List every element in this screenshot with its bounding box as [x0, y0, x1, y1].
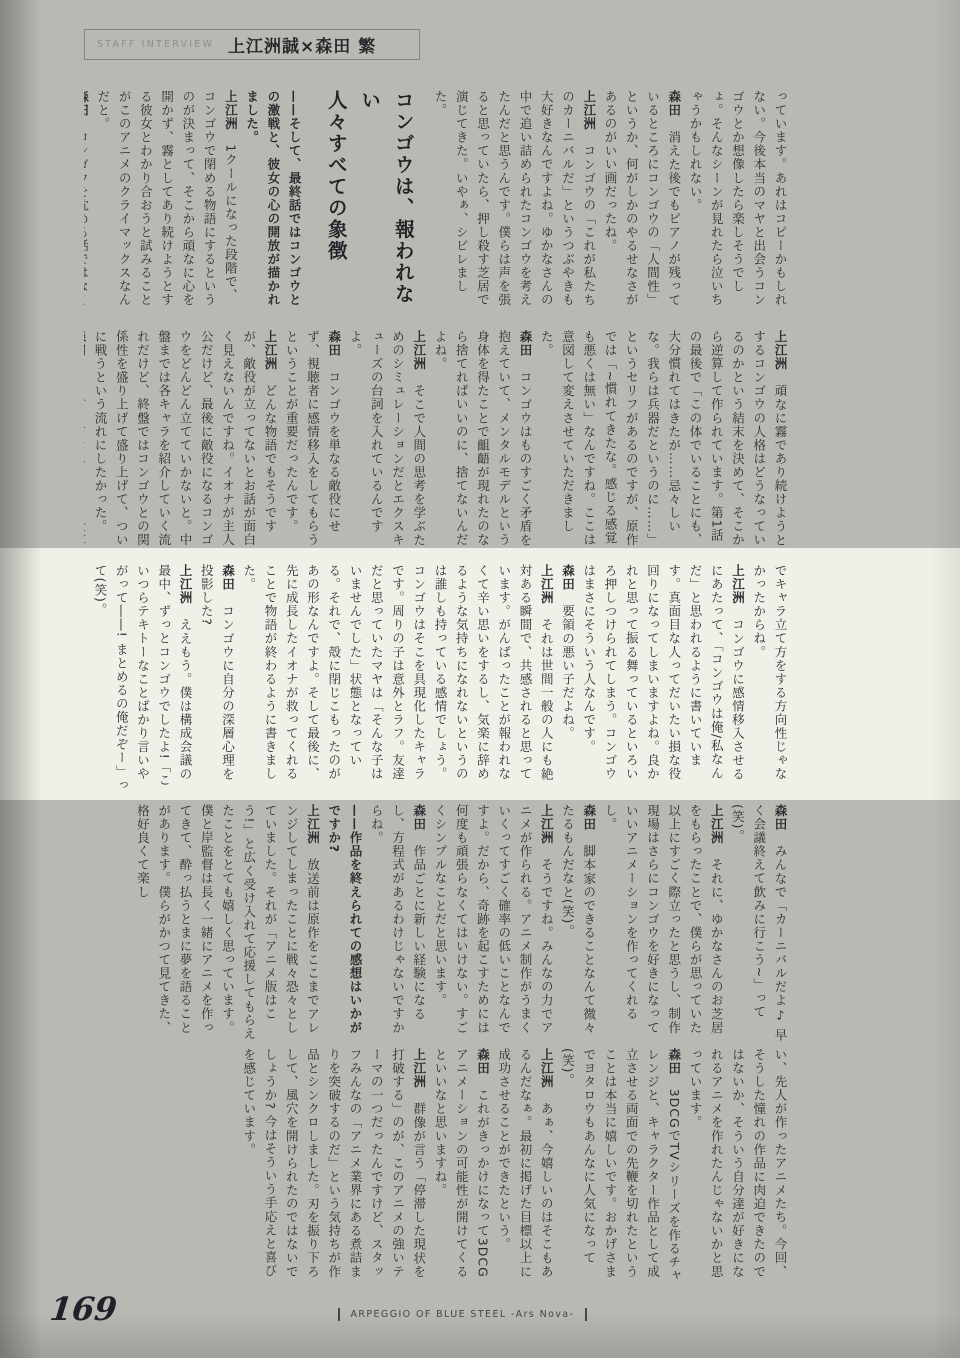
speaker-name: 森田 — [582, 804, 597, 831]
text-band-3: でキャラ立て方をする方向性じゃなかったからね。上江洲 コンゴウに感情移入させるに… — [84, 564, 791, 792]
speaker-name: 上江洲 — [263, 330, 278, 371]
series-title-line: ARPEGGIO OF BLUE STEEL -Ars Nova- — [338, 1308, 587, 1321]
speaker-name: 上江洲 — [773, 330, 788, 371]
interview-paragraph: 森田 3DCGでTVシリーズを作るチャレンジと、キャラクター作品として成立させる… — [557, 1048, 685, 1290]
interview-paragraph: 森田 コンゴウはものすごく矛盾を抱えていて、メンタルモデルという身体を得たことで… — [430, 330, 536, 550]
speaker-name: 森田 — [667, 90, 682, 117]
interview-paragraph: っています。あれはコピーかもしれない。今後本当のマヤと出会うコンゴウとか想像した… — [685, 90, 791, 314]
speaker-name: 上江洲 — [582, 90, 597, 131]
interviewer-question: ——そして、最終話ではコンゴウとの激戦と、彼女の心の開放が描かれました。 — [241, 90, 305, 314]
interview-paragraph: 上江洲 1クールになった段階で、コンゴウで閉める物語にするというのが決まって、そ… — [93, 90, 242, 314]
headline-line-1: コンゴウは、報われない — [358, 90, 415, 305]
speaker-name: 森田 — [561, 564, 576, 591]
interview-paragraph: 森田 コンゴウを単なる敵役にせず、視聴者に感情移入をしてもらうということが重要だ… — [281, 330, 345, 550]
speaker-name: 上江洲 — [709, 804, 724, 845]
interview-paragraph: 森田 消えた後でもピアノが残っているところにコンゴウの「人間性」というか、何がし… — [600, 90, 685, 314]
interview-paragraph: 森田 作品ごとに新しい経験になるし、方程式があるわけじゃないですからね。 — [366, 804, 430, 1042]
speaker-name: 森田 — [476, 1048, 491, 1075]
speaker-name: 上江洲 — [412, 330, 427, 371]
speaker-name: 森田 — [518, 330, 533, 357]
header-box: STAFF INTERVIEW 上江洲誠×森田 繁 — [84, 29, 420, 60]
speaker-name: 森田 — [773, 804, 788, 831]
interview-paragraph: 上江洲 あぁ、今嬉しいのはそこもあるんだなぁ。最初に掲げた目標以上に成功させるこ… — [494, 1048, 558, 1290]
speaker-name: 上江洲 — [539, 564, 554, 605]
interviewer-question: ——作品を終えられての感想はいかがですか? — [324, 804, 367, 1042]
text-band-1: っています。あれはコピーかもしれない。今後本当のマヤと出会うコンゴウとか想像した… — [84, 90, 791, 314]
speaker-name: 上江洲 — [731, 564, 746, 605]
interview-paragraph: 森田 コンゴウだけはカワイイ仕草 — [84, 330, 90, 550]
speaker-name: 森田 — [327, 330, 342, 357]
text-band-2: 上江洲 頑なに霧であり続けようとするコンゴウの人格はどうなっているのかという結末… — [84, 330, 791, 550]
speaker-name: 上江洲 — [412, 1048, 427, 1089]
divider-bar-icon — [338, 1308, 340, 1321]
page-number: 169 — [48, 1290, 119, 1328]
staff-interview-label: STAFF INTERVIEW — [97, 39, 214, 50]
interview-paragraph: 上江洲 群像が言う「停滞した現状を打破する」のが、このアニメの強いテーマの一つだ… — [239, 1048, 430, 1290]
interview-paragraph: 上江洲 そこで人間の思考を学ぶためのシミュレーションだとエクスキューズの台詞を入… — [345, 330, 430, 550]
headline-line-2: 人々すべての象徴 — [325, 90, 348, 262]
speaker-name: 森田 — [221, 564, 236, 591]
interview-paragraph: 上江洲 コンゴウに感情移入させるにあたって、「コンゴウは俺/私なんだ」と思われる… — [579, 564, 749, 792]
interview-paragraph: 上江洲 コンゴウの「これが私たちのカーニバルだ」というつぶやきも大好きなんですよ… — [430, 90, 600, 314]
interview-paragraph: 上江洲 そうですね。みんなの力でアニメが作られる。アニメ制作がうまくいくってすご… — [430, 804, 558, 1042]
magazine-page: STAFF INTERVIEW 上江洲誠×森田 繁 っています。あれはコピーかも… — [0, 0, 960, 1358]
interview-paragraph: 森田 コンゴウに自分の深層心理を投影した? — [196, 564, 239, 792]
interview-paragraph: 上江洲 それに、ゆかなさんのお芝居をもらったことで、僕らが思っていた以上にすごく… — [600, 804, 728, 1042]
interview-paragraph: 森田 みんなで「カーニバルだよ♪ 早く会議終えて飲みに行こう~」って(笑)。 — [727, 804, 791, 1042]
article-headline: コンゴウは、報われない人々すべての象徴 — [319, 90, 420, 314]
speaker-name: 森田 — [84, 330, 87, 357]
speaker-name: 森田 — [667, 1048, 682, 1075]
interview-paragraph: 上江洲 どんな物語でもそうですが、敵役が立ってないとお話が面白く見えないんですね… — [90, 330, 281, 550]
interview-title: 上江洲誠×森田 繁 — [228, 32, 376, 57]
interview-paragraph: 森田 これがきっかけになって3DCGアニメーションの可能性が開けてくるといいなと… — [430, 1048, 494, 1290]
interview-paragraph: でキャラ立て方をする方向性じゃなかったからね。 — [749, 564, 792, 792]
text-band-5: い、先人が作ったアニメたち。今回、そうした憧れの作品に肉迫できたのではないか、そ… — [84, 1048, 791, 1290]
speaker-name: 森田 — [84, 90, 90, 117]
speaker-name: 上江洲 — [539, 1048, 554, 1089]
series-title: ARPEGGIO OF BLUE STEEL -Ars Nova- — [351, 1309, 575, 1320]
interview-paragraph: 森田 要領の悪い子だよね。 — [557, 564, 578, 792]
text-band-4: 森田 みんなで「カーニバルだよ♪ 早く会議終えて飲みに行こう~」って(笑)。上江… — [84, 804, 791, 1042]
speaker-name: 上江洲 — [223, 90, 238, 131]
interview-paragraph: い、先人が作ったアニメたち。今回、そうした憧れの作品に肉迫できたのではないか、そ… — [685, 1048, 791, 1290]
speaker-name: 上江洲 — [539, 804, 554, 845]
interview-paragraph: 上江洲 ええもう。僕は構成会議の最中、ずっとコンゴウでしたよ!「こいつらテキトー… — [90, 564, 196, 792]
speaker-name: 森田 — [412, 804, 427, 831]
interview-paragraph: 森田 脚本家のできることなんて微々たるもんだなと(笑)。 — [557, 804, 600, 1042]
speaker-name: 上江洲 — [178, 564, 193, 605]
interview-paragraph: 森田 コンゴウを沈める話ではなくどうするかというのはかなり最初の段階から揉んでい… — [84, 90, 93, 314]
speaker-name: 上江洲 — [306, 804, 321, 845]
interview-paragraph: 上江洲 頑なに霧であり続けようとするコンゴウの人格はどうなっているのかという結末… — [536, 330, 791, 550]
divider-bar-icon — [585, 1308, 587, 1321]
interview-paragraph: 上江洲 放送前は原作をここまでアレンジしてしまったことに戦々恐々としていました。… — [132, 804, 323, 1042]
interview-paragraph: 上江洲 それは世間一般の人にも絶対ある瞬間で、共感されると思っています。がんばっ… — [239, 564, 558, 792]
